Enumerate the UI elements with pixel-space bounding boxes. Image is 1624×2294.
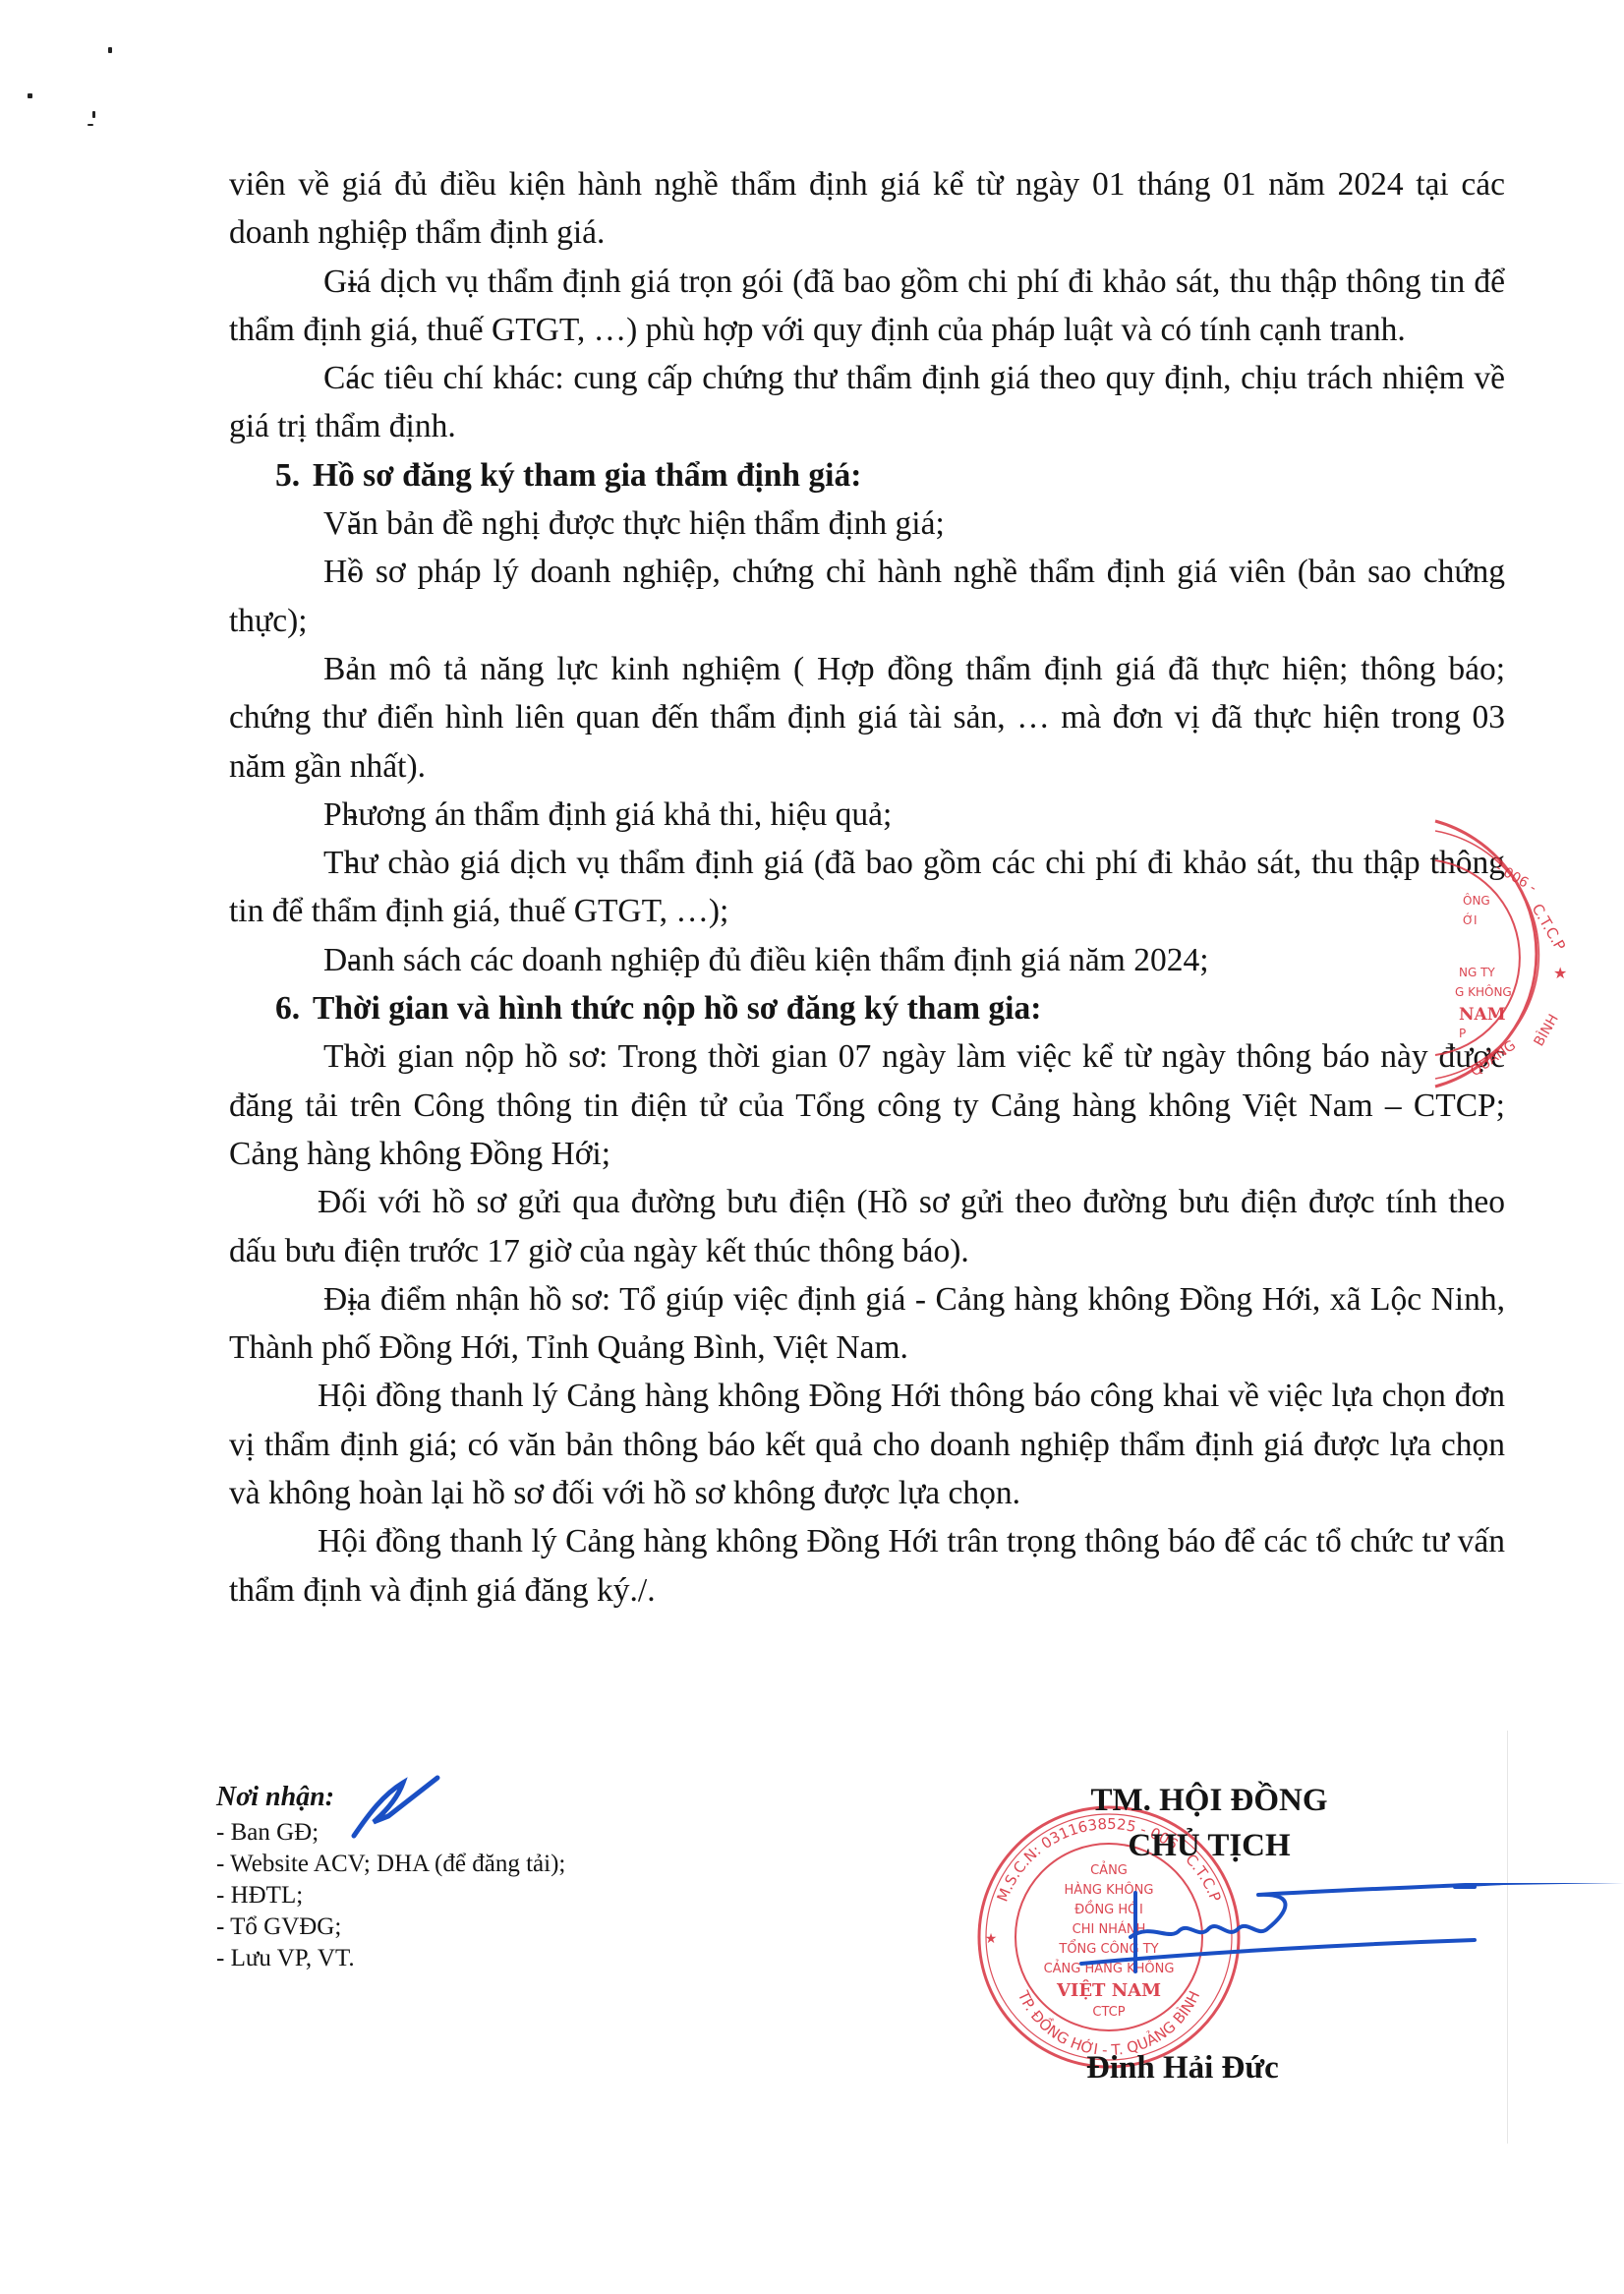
continuation-paragraph: viên về giá đủ điều kiện hành nghề thẩm …: [229, 160, 1505, 258]
section-5-bullet: -Hồ sơ pháp lý doanh nghiệp, chứng chỉ h…: [229, 548, 1505, 645]
section-6-submission-time: -Thời gian nộp hồ sơ: Trong thời gian 07…: [229, 1032, 1505, 1178]
section-5-bullet: -Thư chào giá dịch vụ thẩm định giá (đã …: [229, 839, 1505, 936]
document-page: viên về giá đủ điều kiện hành nghề thẩm …: [0, 0, 1624, 2294]
section-6-submission-location: -Địa điểm nhận hồ sơ: Tổ giúp việc định …: [229, 1275, 1505, 1373]
closing-paragraph-public-notice: Hội đồng thanh lý Cảng hàng không Đồng H…: [229, 1372, 1505, 1517]
criteria-bullet-price: -Giá dịch vụ thẩm định giá trọn gói (đã …: [229, 258, 1505, 355]
criteria-bullet-other: -Các tiêu chí khác: cung cấp chứng thư t…: [229, 354, 1505, 451]
recipients-title: Nơi nhận:: [216, 1782, 565, 1813]
section-5-bullet: -Phương án thẩm định giá khả thi, hiệu q…: [229, 791, 1505, 839]
section-5-heading: 5.Hồ sơ đăng ký tham gia thẩm định giá:: [229, 451, 1505, 500]
dash: -: [288, 258, 323, 306]
recipient-item: - Tổ GVĐG;: [216, 1912, 565, 1943]
dash: -: [288, 354, 323, 402]
section-5-bullet: -Văn bản đề nghị được thực hiện thẩm địn…: [229, 500, 1505, 548]
svg-text:C.T.C.P: C.T.C.P: [1529, 901, 1569, 954]
page-seam: [1507, 1731, 1508, 2144]
svg-text:BÌNH: BÌNH: [1531, 1011, 1562, 1049]
signer-name: Đinh Hải Đức: [1086, 2050, 1279, 2087]
svg-text:VIỆT NAM: VIỆT NAM: [1056, 1978, 1161, 2001]
svg-text:TỔNG CÔNG TY: TỔNG CÔNG TY: [1058, 1940, 1158, 1957]
svg-text:HÀNG KHÔNG: HÀNG KHÔNG: [1065, 1882, 1154, 1898]
recipient-item: - Website ACV; DHA (để đăng tải);: [216, 1849, 565, 1880]
section-5-bullet: -Danh sách các doanh nghiệp đủ điều kiện…: [229, 936, 1505, 984]
recipient-item: - Lưu VP, VT.: [216, 1943, 565, 1974]
svg-text:ĐỒNG HỚI: ĐỒNG HỚI: [1074, 1901, 1143, 1917]
section-6-postal-note: Đối với hồ sơ gửi qua đường bưu điện (Hồ…: [229, 1178, 1505, 1275]
section-5-bullet: -Bản mô tả năng lực kinh nghiệm ( Hợp đồ…: [229, 645, 1505, 791]
svg-text:CTCP: CTCP: [1092, 2005, 1125, 2020]
recipient-item: - HĐTL;: [216, 1880, 565, 1912]
closing-paragraph-invitation: Hội đồng thanh lý Cảng hàng không Đồng H…: [229, 1517, 1505, 1615]
section-6-heading: 6.Thời gian và hình thức nộp hồ sơ đăng …: [229, 984, 1505, 1032]
recipient-item: - Ban GĐ;: [216, 1817, 565, 1849]
signature-block: TM. HỘI ĐỒNG CHỦ TỊCH: [1022, 1778, 1396, 1868]
svg-text:★: ★: [1553, 964, 1567, 982]
handwritten-signature: [1062, 1883, 1624, 2001]
signer-position: CHỦ TỊCH: [1022, 1823, 1396, 1868]
svg-text:CHI NHÁNH: CHI NHÁNH: [1073, 1921, 1146, 1937]
on-behalf-label: TM. HỘI ĐỒNG: [1022, 1778, 1396, 1823]
svg-text:CẢNG HÀNG KHÔNG: CẢNG HÀNG KHÔNG: [1044, 1960, 1175, 1976]
svg-text:TP. ĐỒNG HỚI - T. QUẢNG BÌNH: TP. ĐỒNG HỚI - T. QUẢNG BÌNH: [1014, 1987, 1203, 2059]
document-body: viên về giá đủ điều kiện hành nghề thẩm …: [229, 160, 1505, 1615]
svg-text:★: ★: [985, 1931, 998, 1947]
recipients-list: - Ban GĐ; - Website ACV; DHA (để đăng tả…: [216, 1817, 565, 1974]
recipients-block: Nơi nhận: - Ban GĐ; - Website ACV; DHA (…: [216, 1782, 565, 1974]
